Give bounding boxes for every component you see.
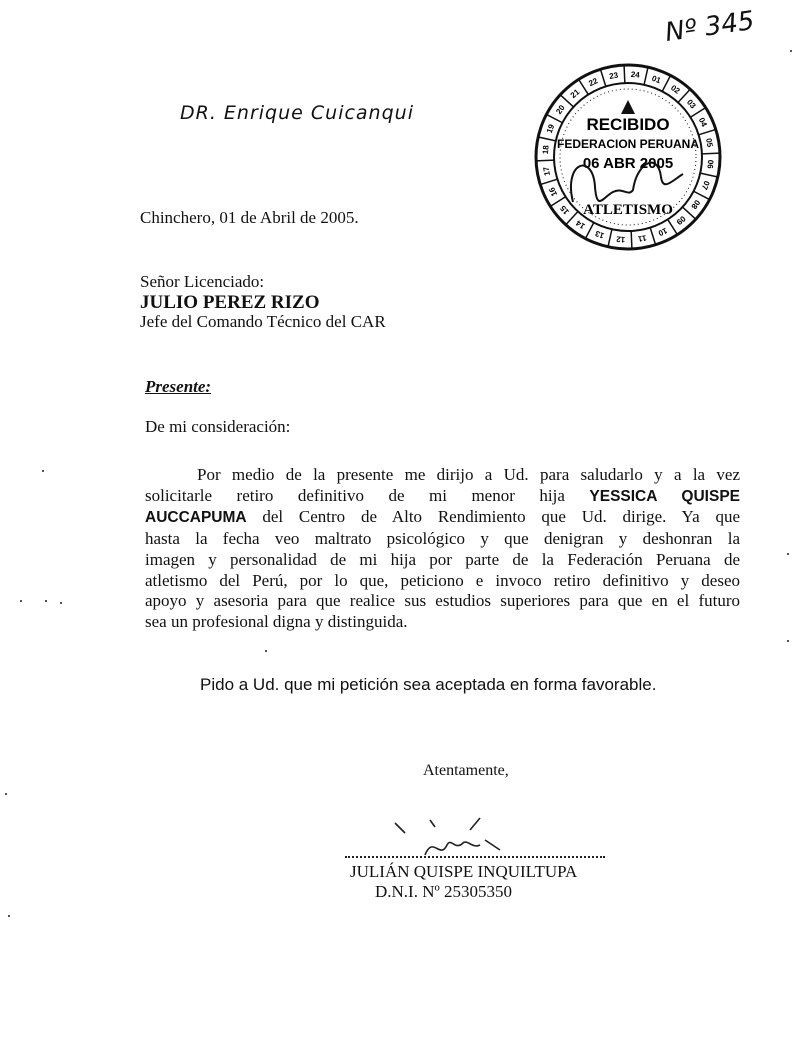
svg-text:09: 09 [674,214,687,227]
daughter-name: YESSICA QUISPE [589,488,740,505]
stamp-bottom-text: ATLETISMO [583,202,673,218]
svg-text:18: 18 [541,144,551,154]
recipient-position: Jefe del Comando Técnico del CAR [140,312,386,332]
handwritten-name-annotation: DR. Enrique Cuicanqui [180,102,414,124]
signer-name: JULIÁN QUISPE INQUILTUPA [350,862,577,882]
svg-text:22: 22 [587,76,599,88]
signer-id: D.N.I. Nº 25305350 [375,882,512,902]
request-sentence: Pido a Ud. que mi petición sea aceptada … [200,675,656,695]
handwritten-signature [385,815,525,860]
handwritten-document-number: Nº 345 [663,6,756,48]
recipient-title: Señor Licenciado: [140,272,264,292]
svg-text:14: 14 [574,218,587,231]
scan-speck [60,602,62,604]
svg-text:20: 20 [554,103,567,116]
svg-text:17: 17 [541,166,551,177]
body-line: sea un profesional digna y distinguida. [145,612,740,633]
body-line: solicitarle retiro definitivo de mi meno… [145,486,740,508]
body-line: imagen y personalidad de mi hija por par… [145,550,740,571]
svg-text:08: 08 [689,198,702,211]
svg-text:03: 03 [685,98,698,111]
body-line: atletismo del Perú, por lo que, peticion… [145,571,740,592]
scan-speck [42,470,44,472]
stamp-title: RECIBIDO [586,115,669,134]
svg-text:05: 05 [704,138,714,149]
svg-text:07: 07 [700,180,712,192]
letter-date: Chinchero, 01 de Abril de 2005. [140,208,359,228]
svg-text:16: 16 [547,185,559,197]
recipient-name: JULIO PEREZ RIZO [140,292,319,314]
scan-speck [787,553,789,555]
scan-speck [787,640,789,642]
body-line: AUCCAPUMA del Centro de Alto Rendimiento… [145,507,740,529]
presente-heading: Presente: [145,377,211,397]
scan-speck [5,793,7,795]
body-line: apoyo y asesoria para que realice sus es… [145,591,740,612]
scan-speck [8,915,10,917]
received-stamp: 0102030405060708091011121314151617181920… [533,62,723,252]
triangle-icon [621,100,635,114]
signature-line [345,856,605,858]
letter-body-paragraph: Por medio de la presente me dirijo a Ud.… [145,465,740,633]
svg-text:10: 10 [656,226,668,238]
svg-text:06: 06 [705,159,715,169]
svg-text:15: 15 [558,203,571,216]
scan-speck [265,650,267,652]
svg-text:23: 23 [609,70,620,80]
svg-text:04: 04 [697,116,709,128]
svg-text:02: 02 [669,83,682,96]
scan-speck [45,600,47,602]
svg-text:01: 01 [651,74,663,86]
stamp-organization: FEDERACION PERUANA [557,137,699,151]
salutation: De mi consideración: [145,417,290,437]
body-line: Por medio de la presente me dirijo a Ud.… [145,465,740,486]
svg-text:13: 13 [593,229,605,241]
svg-text:19: 19 [545,122,557,134]
daughter-name: AUCCAPUMA [145,509,247,526]
svg-text:21: 21 [569,87,582,100]
svg-text:11: 11 [637,233,647,243]
svg-text:12: 12 [615,234,625,244]
closing: Atentamente, [423,762,509,780]
body-line: hasta la fecha veo maltrato psicológico … [145,529,740,550]
scan-speck [20,600,22,602]
scan-speck [790,50,792,52]
svg-text:24: 24 [630,70,640,80]
